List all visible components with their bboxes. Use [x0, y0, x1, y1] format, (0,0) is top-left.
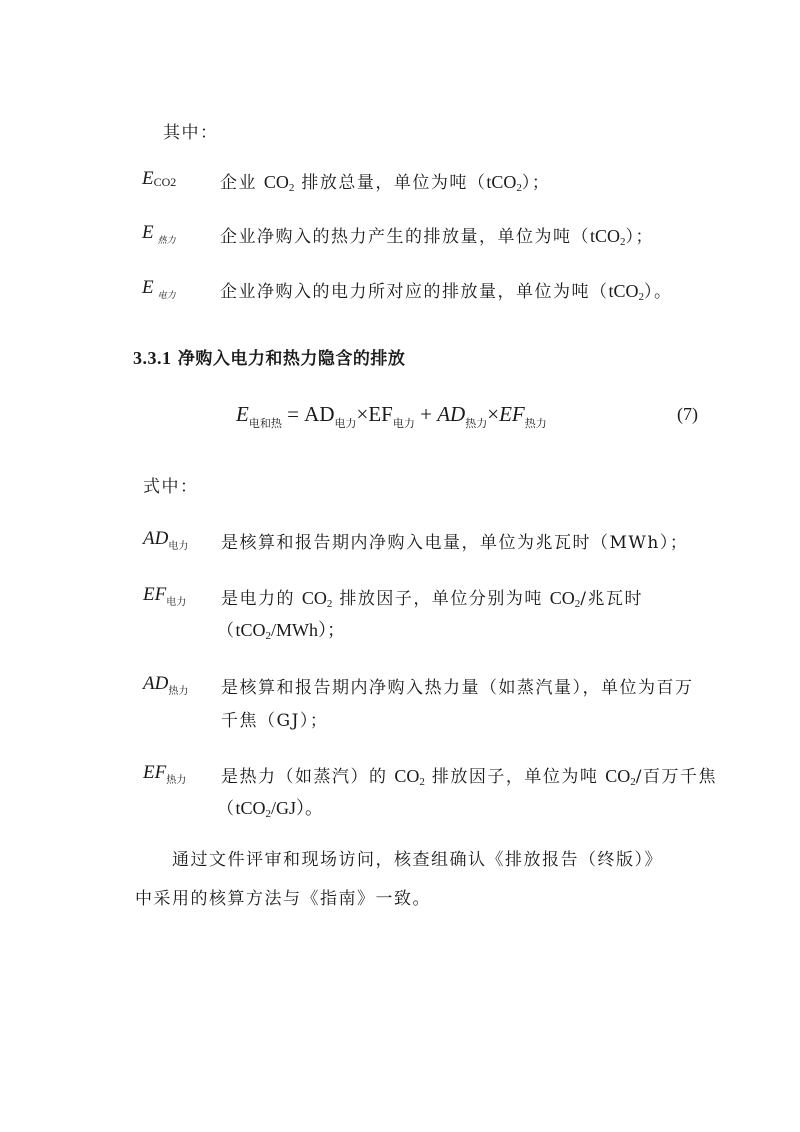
symbol-e-heat: E热力 [142, 222, 176, 246]
definition-ef-heat-line1: 是热力（如蒸汽）的 CO2 排放因子，单位为吨 CO2/百万千焦 [221, 762, 717, 788]
symbol-e-power: E电力 [142, 277, 176, 301]
definition-e-co2: 企业 CO2 排放总量，单位为吨（tCO2）； [220, 168, 550, 194]
section-heading: 3.3.1 净购入电力和热力隐含的排放 [133, 344, 405, 369]
definition-ad-heat-line1: 是核算和报告期内净购入热力量（如蒸汽量），单位为百万 [221, 673, 694, 698]
definition-ef-heat-line2: （tCO2/GJ）。 [217, 794, 323, 820]
symbol-ad-heat: AD热力 [143, 673, 188, 697]
symbol-ef-heat: EF热力 [143, 762, 186, 786]
formula-7: E电和热 = AD电力×EF电力 + AD热力×EF热力 [236, 402, 547, 431]
conclusion-line2: 中采用的核算方法与《指南》一致。 [135, 884, 431, 909]
equation-number: (7) [677, 404, 698, 425]
definition-ef-power-line2: （tCO2/MWh）； [217, 616, 345, 642]
where-label: 式中： [143, 472, 199, 497]
definition-e-heat: 企业净购入的热力产生的排放量，单位为吨（tCO2）； [220, 222, 654, 248]
definition-ef-power-line1: 是电力的 CO2 排放因子，单位分别为吨 CO2/兆瓦时 [221, 584, 643, 610]
symbol-ad-power: AD电力 [143, 528, 188, 552]
intro-label: 其中： [163, 118, 219, 143]
definition-e-power: 企业净购入的电力所对应的排放量，单位为吨（tCO2）。 [220, 277, 673, 303]
symbol-ef-power: EF电力 [143, 584, 186, 608]
symbol-e-co2: ECO2 [142, 168, 176, 190]
definition-ad-heat-line2: 千焦（GJ）； [221, 706, 328, 731]
definition-ad-power: 是核算和报告期内净购入电量，单位为兆瓦时（MWh）； [221, 528, 688, 553]
conclusion-line1: 通过文件评审和现场访问，核查组确认《排放报告（终版）》 [172, 845, 663, 870]
